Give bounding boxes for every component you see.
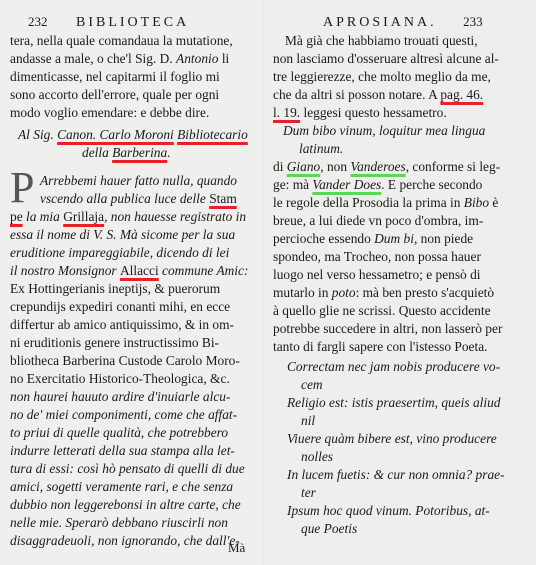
verse-line: que Poetis (301, 520, 357, 538)
text-line: dimenticasse, nel capitarmi il foglio mi (10, 68, 220, 86)
left-running-head: BIBLIOTECA (76, 15, 189, 30)
text-line: non haurei hauuto ardire d'inuiarle alcu… (10, 388, 230, 406)
text-span: il nostro Monsignor (10, 263, 120, 278)
text-span: leggesi questo hessametro. (300, 105, 447, 120)
text-line: ge: mà Vander Does. E perche secondo (273, 176, 482, 194)
highlight-recipient-name: Canon. Carlo Moroni (57, 127, 174, 142)
highlight-allacci: Allacci (120, 263, 159, 278)
text-span: li (222, 51, 229, 66)
text-span: , conforme si leg- (406, 159, 500, 174)
text-span: ge: mà (273, 177, 312, 192)
text-line: Mà già che habbiamo trouati questi, (285, 32, 478, 50)
verse-line: cem (301, 376, 323, 394)
verse-line: Dum bibo vinum, loquitur mea lingua (283, 122, 485, 140)
text-span: la mia (23, 209, 64, 224)
italic-word: Dum bi (374, 231, 414, 246)
text-span: di (273, 159, 287, 174)
text-line: l. 19. leggesi questo hessametro. (273, 104, 447, 122)
text-line: ni eruditionis genere instructissimo Bi- (10, 334, 219, 352)
italic-name: Antonio (176, 51, 218, 66)
text-line: il nostro Monsignor Allacci commune Amic… (10, 262, 248, 280)
highlight-vanderoes: Vanderoes (350, 159, 405, 174)
text-span: : mà ben presto s'acquietò (356, 285, 495, 300)
text-line: di Giano, non Vanderoes, conforme si leg… (273, 158, 500, 176)
text-span: è (489, 195, 498, 210)
left-page: 232 BIBLIOTECA tera, nella quale comanda… (0, 0, 265, 565)
right-page: APROSIANA. 233 Mà già che habbiamo troua… (265, 0, 536, 565)
text-line: tre leggierezze, che molto meglio da me, (273, 68, 491, 86)
italic-word: Bibo (464, 195, 489, 210)
text-line: andasse a male, o che'l Sig. D. Antonio … (10, 50, 229, 68)
text-line: tera, nella quale comandaua la mutatione… (10, 32, 233, 50)
text-span: , non piede (414, 231, 473, 246)
text-span: commune Amic: (159, 263, 249, 278)
address-line-1: Al Sig. Canon. Carlo Moroni Bibliotecari… (18, 126, 248, 144)
text-line: bliotheca Barberina Custode Carolo Moro- (10, 352, 240, 370)
text-line: disaggradeuoli, non ignorando, che dall'… (10, 532, 240, 550)
text-line: no de' miei componimenti, come che affat… (10, 406, 237, 424)
text-span: percioche essendo (273, 231, 374, 246)
highlight-recipient-title: Bibliotecario (177, 127, 248, 142)
text-line: differtur ab amico antiquissimo, & in om… (10, 316, 234, 334)
catchword: Mà (228, 540, 245, 556)
left-page-number: 232 (28, 14, 48, 29)
text-line: Arrebbemi hauer fatto nulla, quando (40, 172, 237, 190)
verse-line: Viuere quàm bibere est, vino producere (287, 430, 497, 448)
address-prefix: Al Sig. (18, 127, 54, 142)
right-running-head: APROSIANA. (323, 15, 437, 30)
address-line-2: della Barberina. (82, 144, 171, 162)
text-line: no Exercitatio Historico-Theologica, &c. (10, 370, 230, 388)
highlight-line-ref: l. 19. (273, 105, 300, 120)
text-span: le regole della Prosodia la prima in (273, 195, 464, 210)
text-line: non lasciamo d'osseruare altresì alcune … (273, 50, 499, 68)
text-line: che da altri si posson notare. A pag. 46… (273, 86, 483, 104)
highlight-page-ref: pag. 46. (440, 87, 483, 102)
text-line: potrebbe succedere in altri, non lasserò… (273, 320, 502, 338)
text-line: tura di essi: così hò pensato di quelli … (10, 460, 245, 478)
text-line: à quello glie ne scrissi. Questo acciden… (273, 302, 491, 320)
text-line: sono accorto dell'errore, quale per ogni (10, 86, 219, 104)
text-span: . (167, 145, 170, 160)
text-span: , non (320, 159, 350, 174)
verse-line: ter (301, 484, 316, 502)
verse-line: Religio est: istis praesertim, queis ali… (287, 394, 501, 412)
text-line: mutarlo in poto: mà ben presto s'acquiet… (273, 284, 494, 302)
text-line: nelle mie. Sperarò debbano riuscirli non (10, 514, 228, 532)
text-span: che da altri si posson notare. A (273, 87, 440, 102)
highlight-library-name: Barberina (112, 145, 167, 160)
right-running-header: APROSIANA. 233 (323, 14, 483, 31)
highlight-stampe: Stam (209, 191, 237, 206)
text-line: dubbio non leggerebonsi in altre carte, … (10, 496, 241, 514)
text-span: , non hauesse registrato in (104, 209, 246, 224)
text-line: breue, a lui diede vn poco d'ombra, im- (273, 212, 483, 230)
text-line: pe la mia Grillaja, non hauesse registra… (10, 208, 246, 226)
highlight-giano: Giano (287, 159, 320, 174)
text-line: le regole della Prosodia la prima in Bib… (273, 194, 498, 212)
highlight-vander-does: Vander Does (312, 177, 381, 192)
text-line: amici, sogetti veramente rari, e che sen… (10, 478, 233, 496)
text-line: luogo nel verso hessametro; e pensò di (273, 266, 481, 284)
text-line: vscendo alla publica luce delle Stam (40, 190, 237, 208)
text-line: indurre letterati della sua stampa alla … (10, 442, 235, 460)
text-line: essa il nome di V. S. Mà sicome per la s… (10, 226, 235, 244)
italic-word: poto (332, 285, 356, 300)
right-page-number: 233 (463, 14, 483, 29)
verse-line: latinum. (299, 140, 343, 158)
text-line: eruditione impareggiabile, dicendo di le… (10, 244, 229, 262)
left-running-header: 232 BIBLIOTECA (28, 14, 189, 31)
verse-line: nolles (301, 448, 333, 466)
text-span: vscendo alla publica luce delle (40, 191, 209, 206)
text-span: mutarlo in (273, 285, 332, 300)
text-line: tanto di fargli sapere con l'istesso Poe… (273, 338, 488, 356)
text-line: spondeo, ma Trocheo, non possa hauer (273, 248, 481, 266)
verse-line: In lucem fuetis: & cur non omnia? prae- (287, 466, 505, 484)
book-spread: 232 BIBLIOTECA tera, nella quale comanda… (0, 0, 536, 565)
text-line: Ex Hottingerianis ineptijs, & puerorum (10, 280, 220, 298)
text-span: della (82, 145, 109, 160)
highlight-stampe-cont: pe (10, 209, 23, 224)
text-line: modo voglio emendare: e debbe dire. (10, 104, 209, 122)
text-line: to priui di quelle qualità, che potrebbe… (10, 424, 228, 442)
text-line: percioche essendo Dum bi, non piede (273, 230, 473, 248)
verse-line: Ipsum hoc quod vinum. Potoribus, at- (287, 502, 490, 520)
drop-cap: P (10, 168, 34, 208)
verse-line: Correctam nec jam nobis producere vo- (287, 358, 500, 376)
verse-line: nil (301, 412, 315, 430)
text-span: andasse a male, o che'l Sig. D. (10, 51, 173, 66)
highlight-grillaja: Grillaja (63, 209, 104, 224)
text-line: crepundijs expediri conanti mihi, en ecc… (10, 298, 230, 316)
text-span: . E perche secondo (381, 177, 482, 192)
